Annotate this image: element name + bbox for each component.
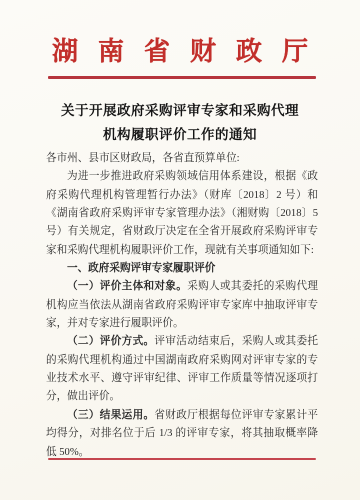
document-title-line1: 关于开展政府采购评审专家和采购代理 (30, 99, 330, 123)
document-page: 湖南省财政厅 关于开展政府采购评审专家和采购代理 机构履职评价工作的通知 各市州… (0, 0, 360, 500)
paragraph-lead: （一）评价主体和对象。 (67, 281, 187, 292)
letterhead-red-rule (48, 76, 316, 79)
letterhead: 湖南省财政厅 (0, 36, 360, 68)
paragraph-lead: （二）评价方式。 (67, 336, 154, 347)
paragraph-lead: （三）结果运用。 (67, 410, 154, 421)
document-title-line2: 机构履职评价工作的通知 (30, 123, 330, 147)
agency-name: 湖南省财政厅 (32, 36, 328, 68)
document-title: 关于开展政府采购评审专家和采购代理 机构履职评价工作的通知 (30, 99, 330, 146)
paragraph-text: 为进一步推进政府采购领域信用体系建设，根据《政府采购代理机构管理暂行办法》（财库… (46, 171, 318, 255)
section-heading-label: 一、政府采购评审专家履职评价 (67, 263, 215, 274)
paragraph-item-1: （一）评价主体和对象。采购人或其委托的采购代理机构应当依法从湖南省政府采购评审专… (46, 278, 318, 333)
paragraph-item-2: （二）评价方式。评审活动结束后，采购人或其委托的采购代理机构通过中国湖南政府采购… (46, 333, 318, 406)
paragraph-item-3: （三）结果运用。省财政厅根据每位评审专家累计平均得分，对排名位于后 1/3 的评… (46, 407, 318, 462)
paragraph-intro: 为进一步推进政府采购领域信用体系建设，根据《政府采购代理机构管理暂行办法》（财库… (46, 168, 318, 260)
section-heading: 一、政府采购评审专家履职评价 (46, 260, 318, 278)
footer-red-rule (48, 458, 316, 460)
document-body: 各市州、县市区财政局，各省直预算单位: 为进一步推进政府采购领域信用体系建设，根… (46, 150, 318, 462)
salutation: 各市州、县市区财政局，各省直预算单位: (46, 150, 318, 168)
